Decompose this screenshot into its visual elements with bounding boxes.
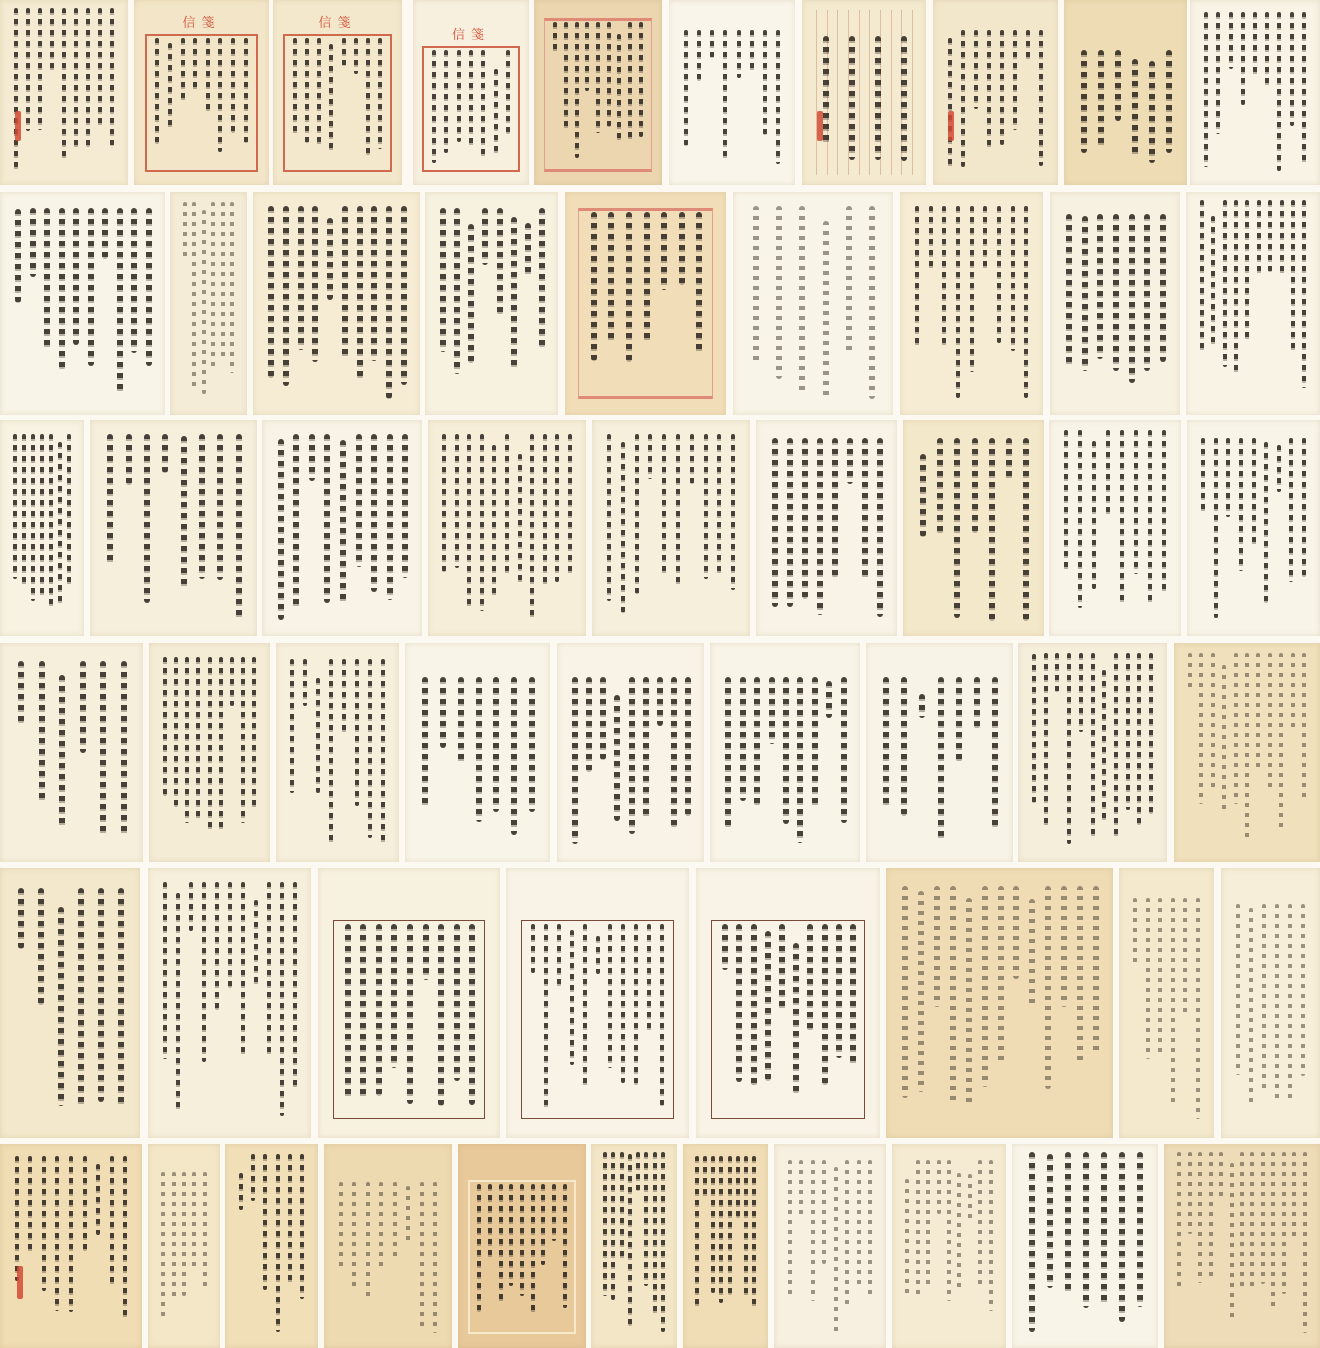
handwriting-column <box>1211 216 1215 346</box>
handwriting-column <box>621 924 625 1083</box>
handwriting-column <box>252 657 256 810</box>
handwriting-column <box>543 434 547 587</box>
handwriting-column <box>937 438 943 534</box>
handwriting-column <box>841 677 847 823</box>
handwriting-column <box>620 1152 624 1260</box>
handwriting-column <box>608 212 614 343</box>
handwriting-column <box>342 38 346 66</box>
handwriting-column <box>926 1160 930 1289</box>
handwriting-column <box>354 38 358 74</box>
letter-page <box>1119 868 1214 1138</box>
handwriting-column <box>1188 1152 1192 1234</box>
handwriting-column <box>1239 438 1243 571</box>
handwriting-column <box>202 210 206 395</box>
handwriting-column <box>488 1184 492 1260</box>
handwriting-column <box>118 888 124 1108</box>
handwriting-column <box>1061 886 1067 1007</box>
handwriting-column <box>83 1156 87 1251</box>
letter-page <box>428 420 586 636</box>
handwriting-column <box>1092 441 1096 589</box>
handwriting-column <box>433 1182 437 1333</box>
handwriting-column <box>189 882 193 931</box>
handwriting-column <box>117 208 123 395</box>
handwriting-column <box>316 678 320 793</box>
letter-page <box>534 0 662 185</box>
handwriting-column <box>634 924 638 1085</box>
handwriting-column <box>499 1184 503 1302</box>
handwriting-column <box>832 438 838 578</box>
handwriting-column <box>857 1160 861 1289</box>
handwriting-column <box>1275 904 1279 1101</box>
handwriting-column <box>1216 12 1220 134</box>
handwriting-column <box>15 1156 19 1281</box>
handwriting-column <box>539 208 545 348</box>
handwriting-column <box>376 924 382 1096</box>
handwriting-column <box>309 434 315 481</box>
handwriting-column <box>974 677 980 729</box>
handwriting-column <box>1302 438 1306 577</box>
handwriting-column <box>1064 430 1068 572</box>
letter-page <box>565 192 726 415</box>
handwriting-column <box>846 206 852 352</box>
handwriting-column <box>957 1173 961 1293</box>
handwriting-column <box>1032 654 1036 803</box>
ruled-line <box>859 10 860 175</box>
handwriting-column <box>457 50 461 142</box>
handwriting-column <box>901 677 907 816</box>
handwriting-column <box>293 434 299 608</box>
handwriting-column <box>849 36 855 160</box>
handwriting-column <box>355 659 359 806</box>
handwriting-column <box>1078 430 1082 608</box>
handwriting-column <box>432 50 436 163</box>
handwriting-column <box>481 50 485 159</box>
handwriting-column <box>1119 1152 1125 1322</box>
handwriting-column <box>553 22 557 52</box>
handwriting-column <box>352 1182 356 1291</box>
handwriting-column <box>783 677 789 824</box>
handwriting-column <box>1039 30 1043 166</box>
handwriting-column <box>78 888 84 1106</box>
handwriting-column <box>788 1160 792 1300</box>
letter-page <box>866 643 1013 862</box>
letter-page <box>696 868 880 1138</box>
handwriting-column <box>954 438 960 618</box>
handwriting-column <box>371 206 377 361</box>
handwriting-column <box>1198 1152 1202 1283</box>
handwriting-column <box>1302 653 1306 802</box>
handwriting-column <box>915 206 919 348</box>
handwriting-column <box>883 677 889 808</box>
handwriting-column <box>751 924 757 1086</box>
handwriting-column <box>1288 904 1292 1101</box>
handwriting-column <box>366 1182 370 1297</box>
handwriting-column <box>737 30 741 78</box>
handwriting-column <box>1211 653 1215 791</box>
handwriting-column <box>644 212 650 342</box>
handwriting-column <box>40 434 44 598</box>
handwriting-column <box>163 882 167 1059</box>
letter-page <box>1012 1144 1158 1348</box>
handwriting-column <box>607 434 611 601</box>
handwriting-column <box>635 434 639 594</box>
handwriting-column <box>14 8 18 170</box>
handwriting-column <box>293 882 297 1090</box>
handwriting-column <box>529 677 535 812</box>
handwriting-column <box>1249 908 1253 1107</box>
handwriting-column <box>1160 214 1166 362</box>
handwriting-column <box>1245 200 1249 342</box>
handwriting-column <box>555 434 559 582</box>
handwriting-column <box>1055 653 1059 692</box>
handwriting-column <box>1148 430 1152 603</box>
handwriting-column <box>378 38 382 149</box>
handwriting-column <box>754 677 760 806</box>
letter-page <box>0 868 140 1138</box>
handwriting-column <box>406 1186 410 1242</box>
handwriting-column <box>356 434 362 567</box>
handwriting-column <box>1302 12 1306 165</box>
handwriting-column <box>218 38 222 152</box>
handwriting-column <box>563 1184 567 1308</box>
handwriting-column <box>628 22 632 140</box>
handwriting-column <box>1023 438 1029 621</box>
handwriting-column <box>671 677 677 828</box>
handwriting-column <box>1291 200 1295 353</box>
letter-page <box>669 0 795 185</box>
handwriting-column <box>989 1160 993 1311</box>
handwriting-column <box>779 924 785 1010</box>
handwriting-column <box>942 206 946 347</box>
handwriting-column <box>442 434 446 572</box>
handwriting-column <box>1083 1152 1089 1308</box>
handwriting-column <box>1045 886 1051 1089</box>
letter-page <box>148 868 311 1138</box>
handwriting-column <box>193 38 197 91</box>
handwriting-column <box>750 30 754 74</box>
handwriting-column <box>811 1160 815 1301</box>
handwriting-column <box>1079 653 1083 731</box>
letter-page <box>148 1144 220 1348</box>
handwriting-column <box>290 659 294 793</box>
handwriting-column <box>826 681 832 718</box>
handwriting-column <box>1000 30 1004 145</box>
handwriting-column <box>511 677 517 835</box>
page-border <box>145 34 258 172</box>
handwriting-column <box>769 677 775 744</box>
handwriting-column <box>387 434 393 600</box>
handwriting-column <box>217 434 223 580</box>
handwriting-column <box>100 661 106 837</box>
handwriting-column <box>947 1160 951 1301</box>
letter-page <box>710 643 860 862</box>
handwriting-column <box>202 882 206 1062</box>
handwriting-column <box>31 434 35 601</box>
handwriting-column <box>185 657 189 823</box>
handwriting-column <box>621 442 625 613</box>
handwriting-column <box>956 206 960 398</box>
handwriting-column <box>298 206 304 350</box>
handwriting-column <box>1199 653 1203 804</box>
handwriting-column <box>653 1152 657 1317</box>
handwriting-column <box>230 657 234 706</box>
letter-collage: 信箋信箋信箋 <box>0 0 1320 1348</box>
handwriting-column <box>381 659 385 844</box>
handwriting-column <box>1303 1152 1307 1333</box>
handwriting-column <box>643 677 649 819</box>
handwriting-column <box>283 206 289 386</box>
handwriting-column <box>146 208 152 366</box>
letter-page <box>0 1144 142 1348</box>
ruled-line <box>837 10 838 175</box>
handwriting-column <box>1200 200 1204 354</box>
handwriting-column <box>469 924 475 1105</box>
handwriting-column <box>477 1184 481 1312</box>
handwriting-column <box>402 434 408 578</box>
handwriting-column <box>368 659 372 838</box>
letter-page <box>1186 192 1320 415</box>
handwriting-column <box>1067 653 1071 844</box>
handwriting-column <box>752 1156 756 1308</box>
handwriting-column <box>679 212 685 285</box>
handwriting-column <box>1024 206 1028 398</box>
handwriting-column <box>183 202 187 259</box>
handwriting-column <box>1279 653 1283 830</box>
letter-page <box>90 420 257 636</box>
handwriting-column <box>992 677 998 828</box>
handwriting-column <box>1291 653 1295 732</box>
handwriting-column <box>611 1152 615 1300</box>
handwriting-column <box>1006 438 1012 482</box>
handwriting-column <box>476 677 482 822</box>
letter-page <box>591 1144 677 1348</box>
handwriting-column <box>696 212 702 354</box>
handwriting-column <box>1158 898 1162 1057</box>
letter-page <box>1018 643 1167 862</box>
handwriting-column <box>970 206 974 372</box>
handwriting-column <box>1115 50 1121 121</box>
handwriting-column <box>357 206 363 379</box>
handwriting-column <box>268 206 274 378</box>
handwriting-column <box>18 888 24 949</box>
letter-page: 信箋 <box>413 0 529 185</box>
ruled-line <box>891 10 892 175</box>
handwriting-column <box>293 38 297 135</box>
handwriting-column <box>438 924 444 1106</box>
handwriting-column <box>765 931 771 1082</box>
letter-page <box>1049 420 1181 636</box>
handwriting-column <box>823 36 829 145</box>
letterhead-stamp: 信箋 <box>413 24 529 43</box>
handwriting-column <box>929 206 933 271</box>
ruled-line <box>912 10 913 175</box>
letter-page <box>225 1144 318 1348</box>
handwriting-column <box>1134 430 1138 574</box>
handwriting-column <box>845 1160 849 1305</box>
handwriting-column <box>568 434 572 575</box>
handwriting-column <box>919 694 925 718</box>
handwriting-column <box>1097 214 1103 359</box>
handwriting-column <box>215 882 219 1010</box>
handwriting-column <box>812 677 818 807</box>
handwriting-column <box>1081 50 1087 153</box>
handwriting-column <box>850 924 856 1066</box>
handwriting-column <box>422 677 428 809</box>
letter-page <box>1190 0 1320 185</box>
handwriting-column <box>329 44 333 150</box>
handwriting-column <box>586 677 592 772</box>
handwriting-column <box>423 924 429 980</box>
handwriting-column <box>628 1154 632 1327</box>
handwriting-column <box>1137 1152 1143 1307</box>
handwriting-column <box>1029 1152 1035 1332</box>
handwriting-column <box>1289 438 1293 582</box>
handwriting-column <box>263 1154 267 1290</box>
handwriting-column <box>1261 1152 1265 1284</box>
handwriting-column <box>902 886 908 1098</box>
handwriting-column <box>776 30 780 164</box>
handwriting-column <box>505 434 509 577</box>
handwriting-column <box>575 22 579 158</box>
handwriting-column <box>1277 12 1281 171</box>
letter-page <box>903 420 1044 636</box>
handwriting-column <box>38 888 44 1005</box>
handwriting-column <box>690 434 694 484</box>
handwriting-column <box>88 208 94 366</box>
letter-page <box>683 1144 768 1348</box>
handwriting-column <box>717 434 721 574</box>
handwriting-column <box>711 1156 715 1293</box>
handwriting-column <box>267 882 271 1058</box>
handwriting-column <box>684 30 688 146</box>
handwriting-column <box>822 1160 826 1264</box>
handwriting-column <box>497 208 503 315</box>
handwriting-column <box>172 1172 176 1300</box>
handwriting-column <box>1177 1152 1181 1289</box>
handwriting-column <box>1253 12 1257 77</box>
handwriting-column <box>1166 50 1172 153</box>
handwriting-column <box>530 434 534 618</box>
handwriting-column <box>80 661 86 753</box>
handwriting-column <box>1264 442 1268 603</box>
handwriting-column <box>1044 653 1048 827</box>
handwriting-column <box>541 1184 545 1265</box>
handwriting-column <box>59 208 65 370</box>
handwriting-column <box>1114 653 1118 840</box>
handwriting-column <box>144 434 150 603</box>
handwriting-column <box>509 1184 513 1286</box>
handwriting-column <box>799 1160 803 1219</box>
handwriting-column <box>280 882 284 1116</box>
handwriting-column <box>454 208 460 374</box>
handwriting-column <box>950 886 956 1104</box>
handwriting-column <box>1183 898 1187 1016</box>
handwriting-column <box>1146 898 1150 1059</box>
handwriting-column <box>525 223 531 276</box>
handwriting-column <box>55 1156 59 1311</box>
handwriting-column <box>1301 904 1305 1076</box>
letter-page <box>262 420 422 636</box>
handwriting-column <box>401 206 407 385</box>
handwriting-column <box>236 434 242 621</box>
handwriting-column <box>1091 653 1095 837</box>
handwriting-column <box>753 206 759 364</box>
handwriting-column <box>736 1156 740 1218</box>
handwriting-column <box>480 434 484 611</box>
handwriting-column <box>230 202 234 373</box>
handwriting-column <box>440 677 446 748</box>
handwriting-column <box>763 30 767 135</box>
handwriting-column <box>1271 1152 1275 1312</box>
handwriting-column <box>591 212 597 361</box>
handwriting-column <box>312 206 318 362</box>
handwriting-column <box>1029 899 1035 1008</box>
letter-page: 信箋 <box>273 0 402 185</box>
handwriting-column <box>948 38 952 169</box>
handwriting-column <box>603 1152 607 1296</box>
handwriting-column <box>704 434 708 579</box>
handwriting-column <box>340 440 346 605</box>
handwriting-column <box>956 677 962 762</box>
handwriting-column <box>506 50 510 134</box>
handwriting-column <box>676 434 680 585</box>
handwriting-column <box>211 202 215 371</box>
handwriting-column <box>639 22 643 137</box>
letter-page <box>276 643 399 862</box>
handwriting-column <box>1282 1152 1286 1294</box>
page-border <box>283 34 392 172</box>
handwriting-column <box>1214 438 1218 618</box>
handwriting-column <box>176 893 180 1110</box>
handwriting-column <box>86 8 90 147</box>
handwriting-column <box>736 924 742 1082</box>
handwriting-column <box>192 202 196 389</box>
letter-page <box>318 868 500 1138</box>
letter-page <box>802 0 926 185</box>
handwriting-column <box>596 936 600 974</box>
handwriting-column <box>1250 1152 1254 1288</box>
handwriting-column <box>544 924 548 1109</box>
handwriting-column <box>648 434 652 479</box>
handwriting-column <box>1265 12 1269 87</box>
handwriting-column <box>203 1172 207 1287</box>
handwriting-column <box>776 206 782 379</box>
handwriting-column <box>69 1156 73 1312</box>
handwriting-column <box>123 1156 127 1318</box>
handwriting-column <box>1268 200 1272 272</box>
handwriting-column <box>657 677 663 726</box>
letter-page <box>425 192 558 415</box>
handwriting-column <box>617 34 621 141</box>
handwriting-column <box>67 434 71 587</box>
handwriting-column <box>1236 904 1240 1075</box>
handwriting-column <box>1120 430 1124 603</box>
handwriting-column <box>1280 200 1284 277</box>
handwriting-column <box>288 1154 292 1284</box>
handwriting-column <box>1093 886 1099 1056</box>
handwriting-column <box>728 1156 732 1295</box>
handwriting-column <box>1101 1152 1107 1306</box>
handwriting-column <box>327 218 333 300</box>
letter-page <box>0 643 143 862</box>
letterhead-stamp: 信箋 <box>134 12 269 31</box>
handwriting-column <box>697 30 701 81</box>
handwriting-column <box>239 1173 243 1210</box>
handwriting-column <box>564 22 568 129</box>
handwriting-column <box>972 438 978 533</box>
handwriting-column <box>1102 670 1106 823</box>
letter-page <box>592 420 750 636</box>
